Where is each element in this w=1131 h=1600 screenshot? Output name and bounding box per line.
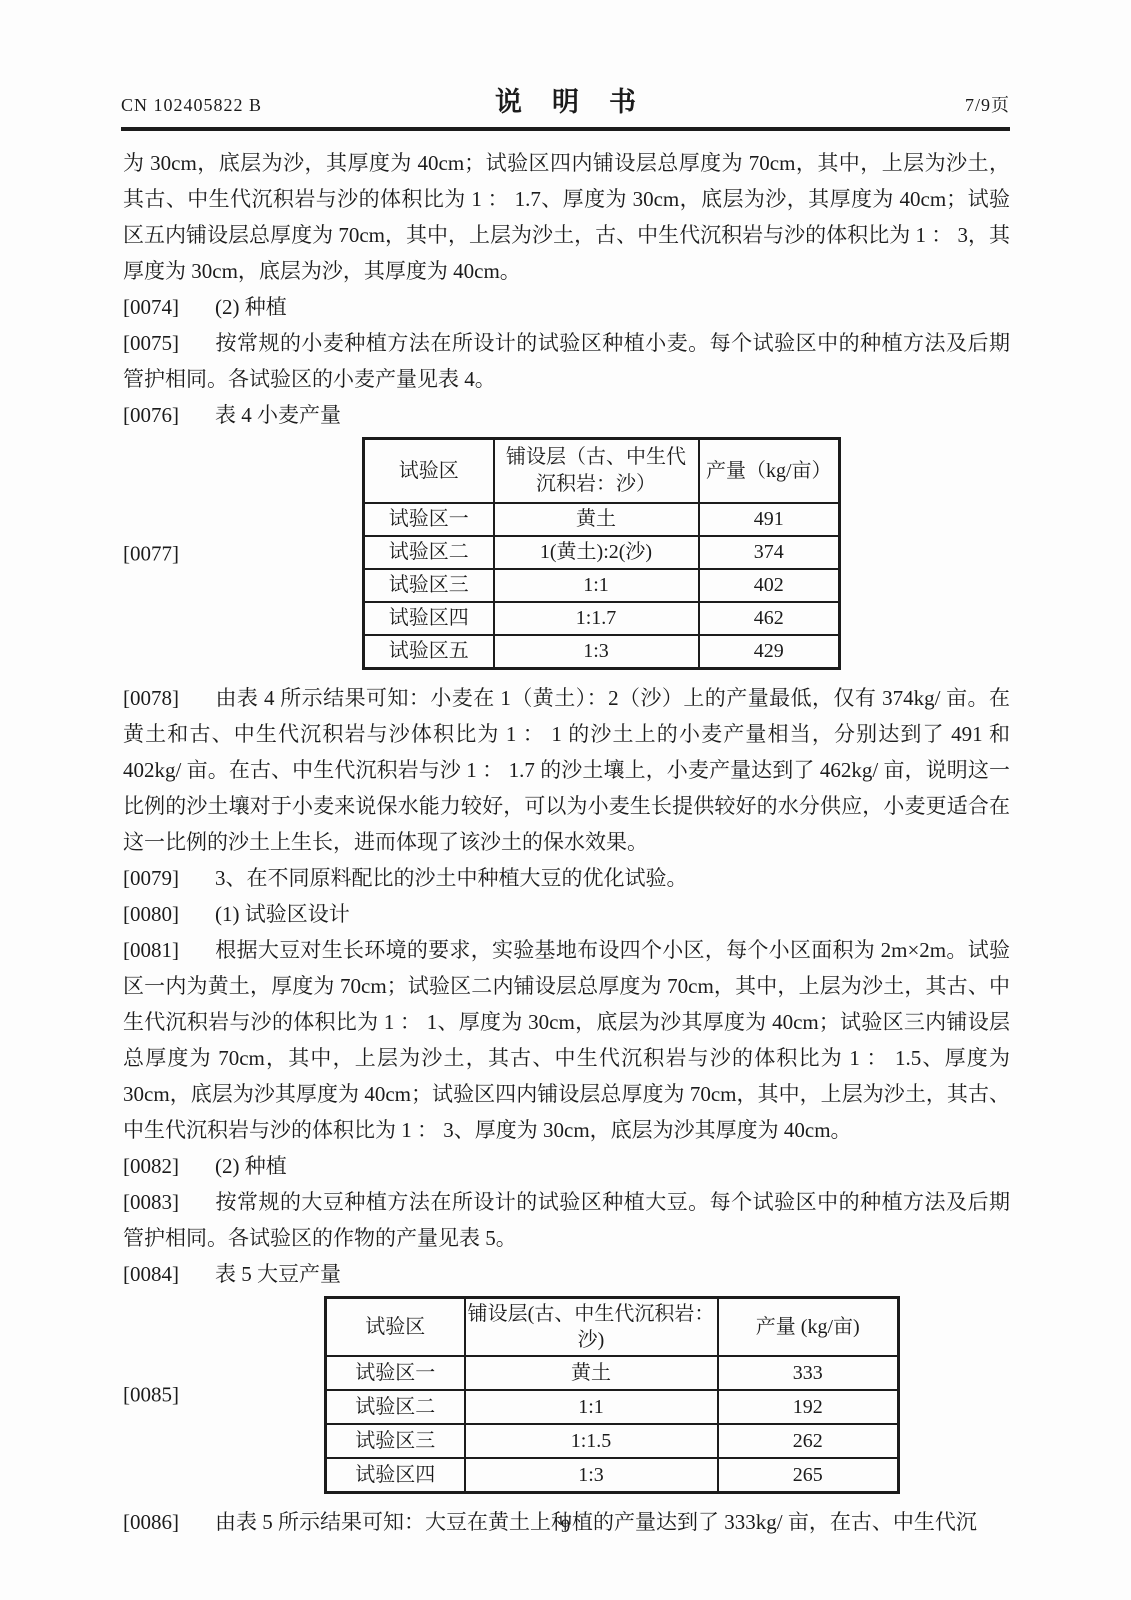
cell-layer: 1:1.5 xyxy=(465,1424,718,1458)
header-cell: 铺设层（古、中生代沉积岩：沙） xyxy=(494,439,699,504)
header-cell: 产量 (kg/亩) xyxy=(718,1298,899,1357)
cell-layer: 1:3 xyxy=(494,635,699,669)
paragraph-text: 根据大豆对生长环境的要求，实验基地布设四个小区，每个小区面积为 2m×2m。试验… xyxy=(123,938,1010,1142)
paragraph-number: [0078] xyxy=(123,680,215,716)
paragraph-0083: [0083]按常规的大豆种植方法在所设计的试验区种植大豆。每个试验区中的种植方法… xyxy=(123,1184,1010,1256)
cell-layer: 1:3 xyxy=(465,1458,718,1493)
document-body: 为 30cm，底层为沙，其厚度为 40cm；试验区四内铺设层总厚度为 70cm，… xyxy=(123,145,1010,1540)
paragraph-text: 表 5 大豆产量 xyxy=(215,1262,341,1286)
cell-yield: 265 xyxy=(718,1458,899,1493)
table-row: 试验区四 1:3 265 xyxy=(326,1458,899,1493)
table-row: 试验区四 1:1.7 462 xyxy=(364,602,840,635)
cell-layer: 1:1.7 xyxy=(494,602,699,635)
paragraph-number: [0080] xyxy=(123,896,215,932)
cell-layer: 1(黄土):2(沙) xyxy=(494,536,699,569)
cell-yield: 333 xyxy=(718,1356,899,1390)
paragraph-0075: [0075]按常规的小麦种植方法在所设计的试验区种植小麦。每个试验区中的种植方法… xyxy=(123,325,1010,397)
cell-yield: 462 xyxy=(699,602,840,635)
table-row: 试验区五 1:3 429 xyxy=(364,635,840,669)
paragraph-text: (2) 种植 xyxy=(215,295,287,319)
cell-yield: 374 xyxy=(699,536,840,569)
paragraph-text: 表 4 小麦产量 xyxy=(215,403,341,427)
paragraph-text: (2) 种植 xyxy=(215,1154,287,1178)
table-row: 试验区三 1:1 402 xyxy=(364,569,840,602)
cell-yield: 491 xyxy=(699,503,840,536)
doc-number: CN 102405822 B xyxy=(121,95,465,116)
cell-layer: 黄土 xyxy=(465,1356,718,1390)
table5-block: [0085] 试验区 铺设层(古、中生代沉积岩：沙) 产量 (kg/亩) 试验区… xyxy=(123,1296,1010,1494)
page-title: 说明书 xyxy=(465,80,666,119)
cell-zone: 试验区一 xyxy=(364,503,494,536)
table-5-soybean-yield: 试验区 铺设层(古、中生代沉积岩：沙) 产量 (kg/亩) 试验区一 黄土 33… xyxy=(324,1296,900,1494)
paragraph-0076-table4-caption: [0076]表 4 小麦产量 xyxy=(123,397,1010,433)
cell-yield: 429 xyxy=(699,635,840,669)
header-cell: 铺设层(古、中生代沉积岩：沙) xyxy=(465,1298,718,1357)
cell-zone: 试验区二 xyxy=(364,536,494,569)
cell-layer: 1:1 xyxy=(494,569,699,602)
cell-yield: 402 xyxy=(699,569,840,602)
table-header-row: 试验区 铺设层（古、中生代沉积岩：沙） 产量（kg/亩） xyxy=(364,439,840,504)
page-indicator: 7/9页 xyxy=(666,91,1010,117)
cell-zone: 试验区二 xyxy=(326,1390,465,1424)
paragraph-number: [0085] xyxy=(123,1383,179,1408)
table-row: 试验区一 黄土 333 xyxy=(326,1356,899,1390)
paragraph-0074: [0074](2) 种植 xyxy=(123,289,1010,325)
paragraph-number: [0083] xyxy=(123,1184,215,1220)
paragraph-0078: [0078]由表 4 所示结果可知：小麦在 1（黄土）：2（沙）上的产量最低，仅… xyxy=(123,680,1010,860)
page-number: 9 xyxy=(561,1516,571,1537)
cell-zone: 试验区一 xyxy=(326,1356,465,1390)
paragraph-number: [0081] xyxy=(123,932,215,968)
table-header-row: 试验区 铺设层(古、中生代沉积岩：沙) 产量 (kg/亩) xyxy=(326,1298,899,1357)
cell-zone: 试验区三 xyxy=(326,1424,465,1458)
paragraph-text: (1) 试验区设计 xyxy=(215,902,350,926)
paragraph-number: [0079] xyxy=(123,860,215,896)
cell-yield: 262 xyxy=(718,1424,899,1458)
paragraph-0080: [0080](1) 试验区设计 xyxy=(123,896,1010,932)
header-cell: 试验区 xyxy=(326,1298,465,1357)
table-row: 试验区一 黄土 491 xyxy=(364,503,840,536)
cell-zone: 试验区五 xyxy=(364,635,494,669)
patent-page: CN 102405822 B 说明书 7/9页 为 30cm，底层为沙，其厚度为… xyxy=(0,0,1131,1600)
paragraph-text: 3、在不同原料配比的沙土中种植大豆的优化试验。 xyxy=(215,866,688,890)
paragraph-0084-table5-caption: [0084]表 5 大豆产量 xyxy=(123,1256,1010,1292)
cell-layer: 黄土 xyxy=(494,503,699,536)
header-cell: 产量（kg/亩） xyxy=(699,439,840,504)
cell-yield: 192 xyxy=(718,1390,899,1424)
paragraph-number: [0082] xyxy=(123,1148,215,1184)
paragraph-0081: [0081]根据大豆对生长环境的要求，实验基地布设四个小区，每个小区面积为 2m… xyxy=(123,932,1010,1148)
paragraph-number: [0077] xyxy=(123,541,179,566)
page-header: CN 102405822 B 说明书 7/9页 xyxy=(121,0,1010,131)
paragraph-number: [0084] xyxy=(123,1256,215,1292)
paragraph-text: 由表 4 所示结果可知：小麦在 1（黄土）：2（沙）上的产量最低，仅有 374k… xyxy=(123,686,1010,854)
cell-zone: 试验区四 xyxy=(326,1458,465,1493)
header-cell: 试验区 xyxy=(364,439,494,504)
table-row: 试验区二 1(黄土):2(沙) 374 xyxy=(364,536,840,569)
table-4-wheat-yield: 试验区 铺设层（古、中生代沉积岩：沙） 产量（kg/亩） 试验区一 黄土 491… xyxy=(362,437,841,670)
paragraph-text: 按常规的大豆种植方法在所设计的试验区种植大豆。每个试验区中的种植方法及后期管护相… xyxy=(123,1190,1010,1250)
page-footer: 9 xyxy=(0,1516,1131,1538)
paragraph-0082: [0082](2) 种植 xyxy=(123,1148,1010,1184)
paragraph-text: 按常规的小麦种植方法在所设计的试验区种植小麦。每个试验区中的种植方法及后期管护相… xyxy=(123,331,1010,391)
paragraph-continuation: 为 30cm，底层为沙，其厚度为 40cm；试验区四内铺设层总厚度为 70cm，… xyxy=(123,145,1010,289)
paragraph-number: [0074] xyxy=(123,289,215,325)
table-row: 试验区三 1:1.5 262 xyxy=(326,1424,899,1458)
paragraph-text: 为 30cm，底层为沙，其厚度为 40cm；试验区四内铺设层总厚度为 70cm，… xyxy=(123,151,1010,283)
table-row: 试验区二 1:1 192 xyxy=(326,1390,899,1424)
paragraph-number: [0075] xyxy=(123,325,215,361)
paragraph-0079: [0079]3、在不同原料配比的沙土中种植大豆的优化试验。 xyxy=(123,860,1010,896)
cell-zone: 试验区四 xyxy=(364,602,494,635)
paragraph-number: [0076] xyxy=(123,397,215,433)
table4-block: [0077] 试验区 铺设层（古、中生代沉积岩：沙） 产量（kg/亩） 试验区一… xyxy=(123,437,1010,670)
cell-layer: 1:1 xyxy=(465,1390,718,1424)
cell-zone: 试验区三 xyxy=(364,569,494,602)
